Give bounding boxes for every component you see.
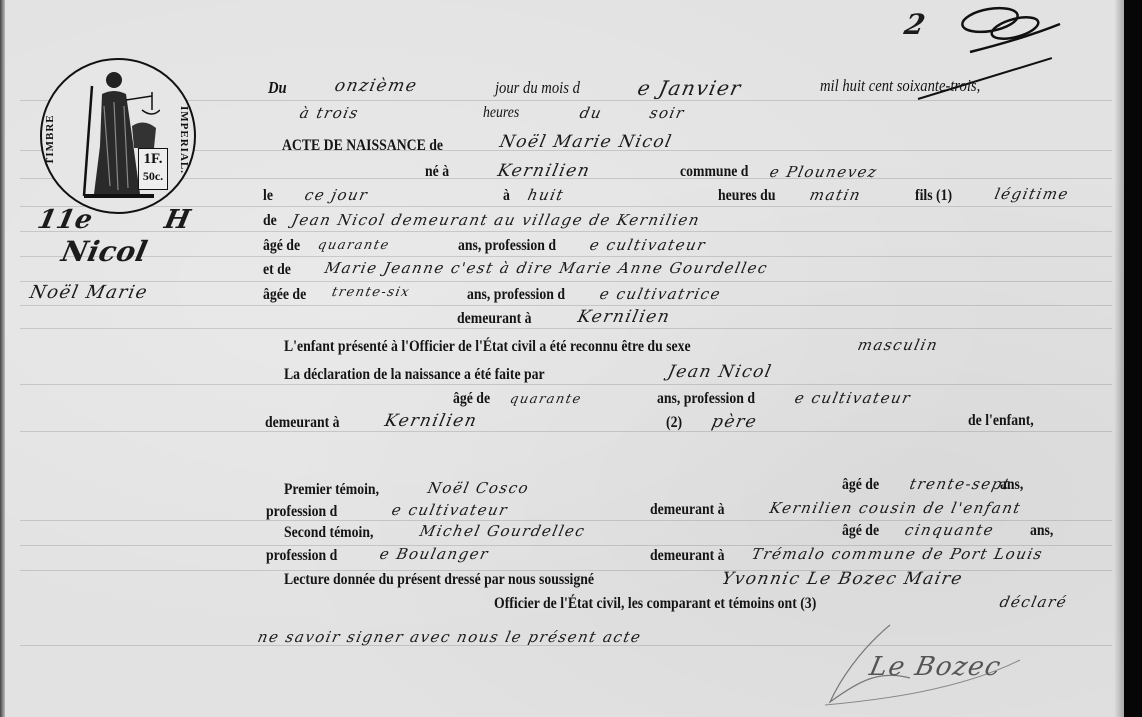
hw-sex: masculin	[856, 336, 940, 354]
stamp-value-box: 1F. 50c.	[138, 148, 168, 190]
printed-heures-du: heures du	[718, 187, 775, 205]
hw-period-of-record: soir	[648, 104, 687, 122]
hw-mother: Marie Jeanne c'est à dire Marie Anne Gou…	[323, 259, 770, 277]
hw-witness2-profession: e Boulanger	[378, 545, 491, 563]
hw-signature: Le Bozec	[867, 652, 1005, 682]
printed-declarant-profession: ans, profession d	[657, 390, 755, 408]
printed-fils: fils (1)	[915, 187, 952, 205]
printed-witness2-profession-label: profession d	[266, 547, 337, 565]
ruled-line	[20, 384, 1112, 385]
hw-witness1-profession: e cultivateur	[390, 501, 510, 519]
hw-witness2-name: Michel Gourdellec	[418, 522, 587, 540]
printed-witness2-residence-label: demeurant à	[650, 547, 725, 565]
printed-premier-temoin: Premier témoin,	[284, 481, 379, 499]
page-right-shadow	[1114, 0, 1124, 717]
printed-second-temoin: Second témoin,	[284, 524, 373, 542]
printed-father-profession: ans, profession d	[458, 237, 556, 255]
hw-closing-statement: ne savoir signer avec nous le présent ac…	[256, 628, 643, 646]
hw-hour-of-record: à trois	[298, 104, 361, 122]
hw-relation: père	[710, 412, 759, 432]
printed-witness1-age-label: âgé de	[842, 476, 879, 494]
imperial-tax-stamp: TIMBRE IMPERIAL. 1F. 50c.	[40, 58, 196, 214]
hw-declared: déclaré	[998, 593, 1069, 611]
hw-witness1-name: Noël Cosco	[426, 479, 531, 497]
hw-father-age: quarante	[316, 238, 391, 253]
hw-du: du	[578, 104, 604, 122]
hw-officer-name: Yvonnic Le Bozec Maire	[720, 569, 965, 589]
hw-declarant-age: quarante	[508, 392, 583, 407]
printed-witness2-age-label: âgé de	[842, 522, 879, 540]
stamp-left-text: TIMBRE	[44, 100, 74, 180]
printed-witness1-residence-label: demeurant à	[650, 501, 725, 519]
hw-month: e Janvier	[635, 76, 744, 100]
hw-declarant-profession: e cultivateur	[793, 389, 913, 407]
printed-ne-a: né à	[425, 163, 449, 181]
margin-entry-number: 11e	[35, 205, 96, 235]
hw-legitimacy: légitime	[993, 185, 1071, 203]
hw-birth-period: matin	[808, 186, 863, 204]
hw-witness2-age: cinquante	[903, 521, 996, 539]
hw-commune: e Plounevez	[768, 163, 879, 181]
printed-officer-line: Officier de l'État civil, les comparant …	[494, 595, 816, 613]
page-left-edge	[0, 0, 5, 717]
hw-father: Jean Nicol demeurant au village de Kerni…	[290, 211, 702, 229]
hw-father-profession: e cultivateur	[588, 236, 708, 254]
page-right-edge	[1124, 0, 1142, 717]
printed-relation-label: (2)	[666, 414, 682, 432]
margin-surname: Nicol	[58, 235, 150, 268]
printed-de-l-enfant: de l'enfant,	[968, 412, 1034, 430]
hw-mother-age: trente-six	[330, 285, 411, 300]
hw-mother-profession: e cultivatrice	[598, 285, 723, 303]
margin-given-names: Noël Marie	[28, 282, 150, 303]
ruled-line	[20, 328, 1112, 329]
stamp-value-francs: 1F.	[139, 152, 167, 167]
printed-ans: ans,	[1000, 476, 1023, 494]
hw-birth-day: ce jour	[303, 186, 370, 204]
printed-lecture-donnee: Lecture donnée du présent dressé par nou…	[284, 571, 594, 589]
printed-agee-de: âgée de	[263, 286, 306, 304]
ruled-line	[20, 431, 1112, 432]
printed-commune: commune d	[680, 163, 748, 181]
printed-le: le	[263, 187, 273, 205]
printed-du: Du	[268, 78, 287, 98]
ruled-line	[20, 305, 1112, 306]
hw-declarant-residence: Kernilien	[383, 411, 479, 431]
printed-heures: heures	[483, 104, 519, 122]
hw-witness2-residence: Trémalo commune de Port Louis	[750, 545, 1045, 563]
printed-age-de-father: âgé de	[263, 237, 300, 255]
printed-sex-statement: L'enfant présenté à l'Officier de l'État…	[284, 338, 691, 356]
scanned-document-page: 2 TIMBRE IMPERIAL. 1F. 50c. 11e H Nicol …	[0, 0, 1142, 717]
hw-day: onzième	[333, 76, 420, 96]
printed-a: à	[503, 187, 510, 205]
ruled-line	[20, 281, 1112, 282]
hw-declarant: Jean Nicol	[666, 362, 774, 382]
printed-de: de	[263, 212, 277, 230]
printed-mother-profession: ans, profession d	[467, 286, 565, 304]
printed-declarant-age-label: âgé de	[453, 390, 490, 408]
hw-witness1-residence: Kernilien cousin de l'enfant	[768, 499, 1023, 517]
printed-witness1-profession-label: profession d	[266, 503, 337, 521]
acte-de-naissance-heading: ACTE DE NAISSANCE de	[282, 137, 443, 155]
printed-declarant-residence-label: demeurant à	[265, 414, 340, 432]
ruled-line	[20, 256, 1112, 257]
hw-child-name: Noël Marie Nicol	[498, 132, 674, 152]
flourish-mark-icon	[960, 2, 1070, 62]
hw-birth-hour: huit	[526, 186, 566, 204]
hw-birthplace: Kernilien	[496, 161, 592, 181]
hw-residence: Kernilien	[576, 307, 672, 327]
printed-ans-2: ans,	[1030, 522, 1053, 540]
printed-jour-du-mois: jour du mois d	[495, 78, 580, 98]
page-number-mark: 2	[901, 8, 928, 41]
printed-et-de: et de	[263, 261, 291, 279]
hw-witness1-age: trente-sept	[908, 475, 1012, 493]
printed-declaration: La déclaration de la naissance a été fai…	[284, 366, 545, 384]
printed-demeurant-a: demeurant à	[457, 310, 532, 328]
stamp-value-cents: 50c.	[139, 170, 167, 182]
